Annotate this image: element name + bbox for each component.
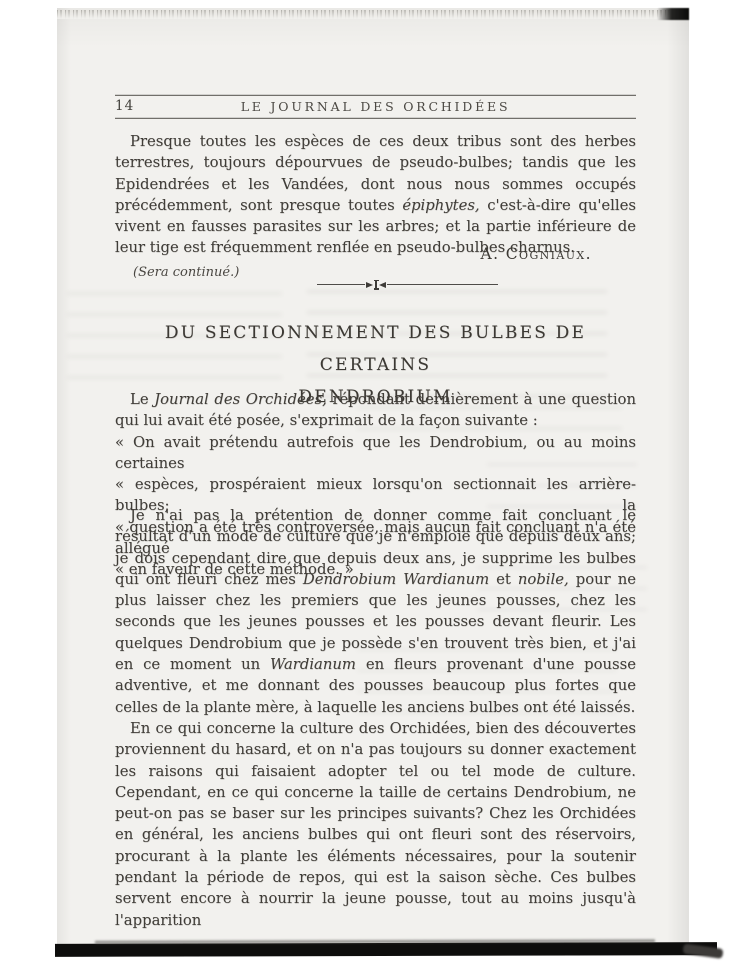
- section-divider: [317, 279, 498, 290]
- divider-ornament-icon: [366, 280, 386, 290]
- scanned-book-page: 14 LE JOURNAL DES ORCHIDÉES Presque tout…: [0, 0, 750, 969]
- arrow-left-icon: [379, 282, 386, 288]
- author-signature: A. Cogniaux.: [115, 245, 592, 263]
- continuation-note: (Sera continué.): [133, 265, 239, 280]
- scan-artifact-bottom-band: [55, 942, 717, 957]
- book-page-edge-texture: [57, 10, 689, 19]
- header-rule-bottom: [115, 118, 636, 119]
- ornament-bar-icon: [375, 280, 377, 290]
- divider-line: [387, 284, 498, 285]
- arrow-right-icon: [366, 282, 373, 288]
- intro-paragraph: Le Journal des Orchidées, répondant dern…: [115, 389, 636, 432]
- quote-line: « On avait prétendu autrefois que les De…: [115, 432, 636, 475]
- body-paragraph: Je n'ai pas la prétention de donner comm…: [115, 505, 636, 718]
- header-rule-top: [115, 95, 636, 96]
- article-title-line1: DU SECTIONNEMENT DES BULBES DE CERTAINS: [165, 323, 586, 375]
- running-header: LE JOURNAL DES ORCHIDÉES: [115, 99, 636, 114]
- closing-paragraph: Presque toutes les espèces de ces deux t…: [115, 131, 636, 259]
- body-paragraph: En ce qui concerne la culture des Orchid…: [115, 718, 636, 931]
- page-paper: 14 LE JOURNAL DES ORCHIDÉES Presque tout…: [57, 8, 689, 944]
- article-body-lower: Je n'ai pas la prétention de donner comm…: [115, 505, 636, 931]
- scan-artifact-top-right: [657, 8, 689, 20]
- divider-line: [317, 284, 365, 285]
